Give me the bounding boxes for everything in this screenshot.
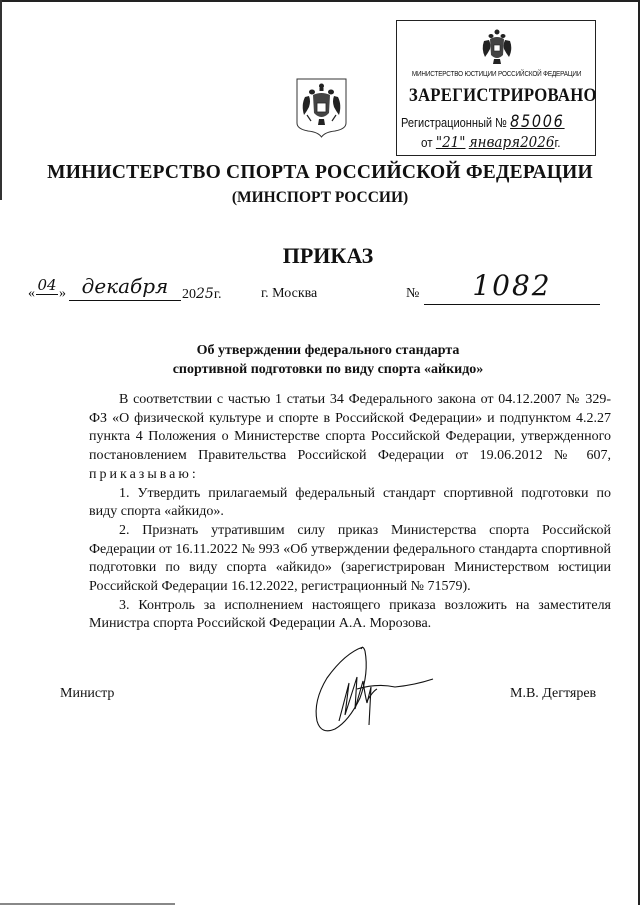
signatory-role: Министр — [60, 686, 114, 702]
document-type: ПРИКАЗ — [0, 243, 640, 269]
preamble-paragraph: В соответствии с частью 1 статьи 34 Феде… — [89, 391, 611, 485]
stamp-registration-line: Регистрационный № 85006 — [401, 112, 565, 132]
stamp-coat-of-arms-icon — [479, 27, 515, 65]
stamp-date-suffix: г. — [554, 135, 560, 150]
order-day: 04 — [36, 276, 58, 295]
ministry-short-name: (МИНСПОРТ РОССИИ) — [0, 189, 640, 207]
order-word: приказываю: — [89, 467, 199, 482]
stamp-date-line: от "21" января2026г. — [421, 133, 561, 151]
stamp-date-day: "21" — [436, 133, 466, 151]
registration-stamp: МИНИСТЕРСТВО ЮСТИЦИИ РОССИЙСКОЙ ФЕДЕРАЦИ… — [396, 20, 596, 156]
coat-of-arms-icon — [295, 77, 348, 139]
order-number-label: № — [406, 286, 419, 302]
stamp-date-month: января — [469, 133, 520, 151]
order-year-hand: 25 — [196, 286, 214, 302]
stamp-reg-label: Регистрационный № — [401, 115, 507, 130]
order-subject: Об утверждении федерального стандарта сп… — [0, 341, 640, 379]
item-2: 2. Признать утратившим силу приказ Минис… — [89, 522, 611, 597]
subject-line-2: спортивной подготовки по виду спорта «ай… — [16, 360, 640, 379]
item-3: 3. Контроль за исполнением настоящего пр… — [89, 597, 611, 634]
date-quote-close: » — [59, 286, 66, 302]
stamp-status: ЗАРЕГИСТРИРОВАНО — [409, 85, 583, 107]
order-city: г. Москва — [261, 286, 317, 302]
item-1: 1. Утвердить прилагаемый федеральный ста… — [89, 485, 611, 522]
date-quote-open: « — [28, 286, 35, 302]
order-year: 2025г. — [182, 286, 222, 303]
signature-icon — [305, 643, 435, 738]
order-month: декабря — [69, 272, 181, 301]
order-body: В соответствии с частью 1 статьи 34 Феде… — [89, 391, 611, 634]
page-edge-top — [0, 0, 640, 2]
stamp-date-prefix: от — [421, 135, 433, 150]
subject-line-1: Об утверждении федерального стандарта — [16, 341, 640, 360]
signatory-name: М.В. Дегтярев — [510, 686, 596, 702]
ministry-title: МИНИСТЕРСТВО СПОРТА РОССИЙСКОЙ ФЕДЕРАЦИИ — [0, 162, 640, 184]
order-year-prefix: 20 — [182, 287, 196, 302]
order-date-line: « 04 » декабря 2025г. г. Москва № 1082 — [28, 278, 608, 308]
stamp-reg-number: 85006 — [510, 112, 564, 132]
order-number: 1082 — [424, 268, 600, 305]
stamp-ministry-name: МИНИСТЕРСТВО ЮСТИЦИИ РОССИЙСКОЙ ФЕДЕРАЦИ… — [412, 69, 580, 78]
stamp-date-year: 2026 — [520, 133, 554, 151]
preamble-text: В соответствии с частью 1 статьи 34 Феде… — [89, 392, 611, 463]
order-year-suffix: г. — [214, 287, 222, 302]
